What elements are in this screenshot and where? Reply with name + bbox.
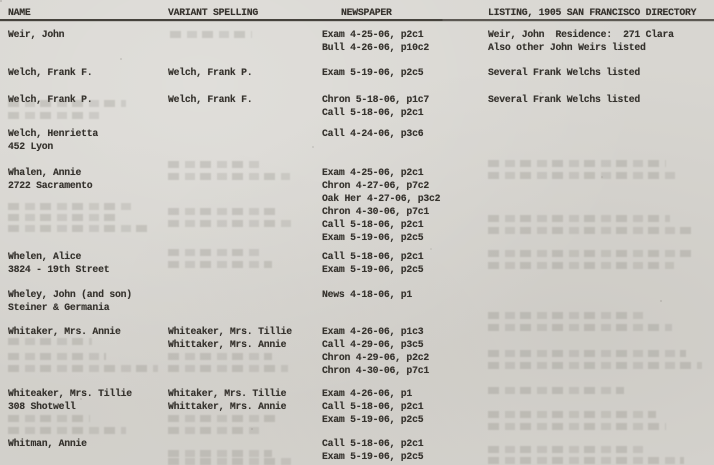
ghost-text-line	[488, 411, 656, 418]
name-line: 452 Lyon	[8, 141, 53, 152]
newspaper-line: Chron 4-29-06, p2c2	[322, 352, 429, 363]
newspaper-line: Chron 4-27-06, p7c2	[322, 180, 429, 191]
newspaper-line: Call 4-24-06, p3c6	[322, 128, 423, 139]
variant-line: Welch, Frank P.	[168, 67, 252, 78]
ghost-text-line	[488, 262, 674, 269]
ghost-text-line	[8, 225, 150, 232]
ghost-text-line	[488, 423, 666, 430]
scanned-directory-page: NAME VARIANT SPELLING NEWSPAPER LISTING,…	[0, 0, 714, 465]
header-underline	[0, 19, 714, 21]
ghost-text-line	[8, 353, 106, 360]
name-line: Welch, Henrietta	[8, 128, 98, 139]
newspaper-line: Exam 4-25-06, p2c1	[322, 29, 423, 40]
newspaper-line: Exam 4-26-06, p1	[322, 388, 412, 399]
variant-line: Whittaker, Mrs. Annie	[168, 401, 286, 412]
newspaper-line: Exam 5-19-06, p2c5	[322, 67, 423, 78]
ghost-text-line	[168, 249, 260, 256]
ghost-text-line	[168, 161, 264, 168]
ghost-text-line	[168, 450, 272, 457]
name-line: Whitaker, Mrs. Annie	[8, 326, 121, 337]
ghost-text-line	[488, 324, 672, 331]
newspaper-line: News 4-18-06, p1	[322, 289, 412, 300]
scan-speckles	[0, 0, 2, 2]
newspaper-line: Call 5-18-06, p2c1	[322, 251, 423, 262]
newspaper-line: Chron 4-30-06, p7c1	[322, 365, 429, 376]
newspaper-line: Exam 4-26-06, p1c3	[322, 326, 423, 337]
name-line: Whelen, Alice	[8, 251, 81, 262]
ghost-text-line	[488, 457, 684, 464]
ghost-text-line	[488, 160, 666, 167]
name-line: 308 Shotwell	[8, 401, 76, 412]
ghost-text-line	[488, 172, 680, 179]
listing-line: Weir, John Residence: 271 Clara	[488, 29, 674, 40]
newspaper-line: Oak Her 4-27-06, p3c2	[322, 193, 440, 204]
listing-line: Also other John Weirs listed	[488, 42, 646, 53]
ghost-text-line	[488, 250, 696, 257]
ghost-text-line	[168, 220, 292, 227]
newspaper-line: Call 5-18-06, p2c1	[322, 401, 423, 412]
name-line: Whiteaker, Mrs. Tillie	[8, 388, 132, 399]
newspaper-line: Call 5-18-06, p2c1	[322, 107, 423, 118]
name-line: 2722 Sacramento	[8, 180, 92, 191]
ghost-text-line	[170, 31, 252, 38]
variant-line: Whittaker, Mrs. Annie	[168, 339, 286, 350]
name-line: Whitman, Annie	[8, 438, 87, 449]
ghost-text-line	[488, 350, 686, 357]
ghost-text-line	[168, 415, 276, 422]
name-line: Steiner & Germania	[8, 302, 109, 313]
newspaper-line: Exam 5-19-06, p2c5	[322, 451, 423, 462]
column-header-listing-directory: LISTING, 1905 SAN FRANCISCO DIRECTORY	[488, 7, 696, 18]
listing-line: Several Frank Welchs listed	[488, 94, 640, 105]
ghost-text-line	[168, 261, 272, 268]
newspaper-line: Bull 4-26-06, p10c2	[322, 42, 429, 53]
newspaper-line: Call 5-18-06, p2c1	[322, 219, 423, 230]
newspaper-line: Exam 5-19-06, p2c5	[322, 264, 423, 275]
name-line: Wheley, John (and son)	[8, 289, 132, 300]
ghost-text-line	[168, 427, 264, 434]
newspaper-line: Exam 5-19-06, p2c5	[322, 232, 423, 243]
ghost-text-line	[168, 353, 272, 360]
ghost-text-line	[8, 427, 126, 434]
ghost-text-line	[488, 387, 624, 394]
ghost-text-line	[488, 312, 646, 319]
variant-line: Whiteaker, Mrs. Tillie	[168, 326, 292, 337]
newspaper-line: Chron 4-30-06, p7c1	[322, 206, 429, 217]
column-header-newspaper: NEWSPAPER	[341, 7, 392, 18]
name-line: Welch, Frank F.	[8, 67, 92, 78]
ghost-text-line	[168, 458, 296, 465]
variant-line: Welch, Frank F.	[168, 94, 252, 105]
newspaper-line: Exam 4-25-06, p2c1	[322, 167, 423, 178]
ghost-text-line	[8, 214, 116, 221]
newspaper-line: Exam 5-19-06, p2c5	[322, 414, 423, 425]
ghost-text-line	[488, 362, 702, 369]
newspaper-line: Call 5-18-06, p2c1	[322, 438, 423, 449]
ghost-text-line	[488, 227, 692, 234]
column-header-variant-spelling: VARIANT SPELLING	[168, 7, 258, 18]
ghost-text-line	[8, 338, 92, 345]
name-line: 3824 - 19th Street	[8, 264, 109, 275]
ghost-text-line	[168, 208, 280, 215]
ghost-text-line	[8, 100, 126, 107]
name-line: Whalen, Annie	[8, 167, 81, 178]
name-line: Weir, John	[8, 29, 64, 40]
listing-line: Several Frank Welchs listed	[488, 67, 640, 78]
ghost-text-line	[168, 365, 288, 372]
column-header-name: NAME	[8, 7, 31, 18]
ghost-text-line	[8, 415, 90, 422]
variant-line: Whitaker, Mrs. Tillie	[168, 388, 286, 399]
ghost-text-line	[168, 173, 290, 180]
ghost-text-line	[488, 446, 644, 453]
ghost-text-line	[8, 365, 158, 372]
newspaper-line: Call 4-29-06, p3c5	[322, 339, 423, 350]
ghost-text-line	[8, 203, 136, 210]
ghost-text-line	[8, 112, 100, 119]
newspaper-line: Chron 5-18-06, p1c7	[322, 94, 429, 105]
ghost-text-line	[488, 215, 670, 222]
